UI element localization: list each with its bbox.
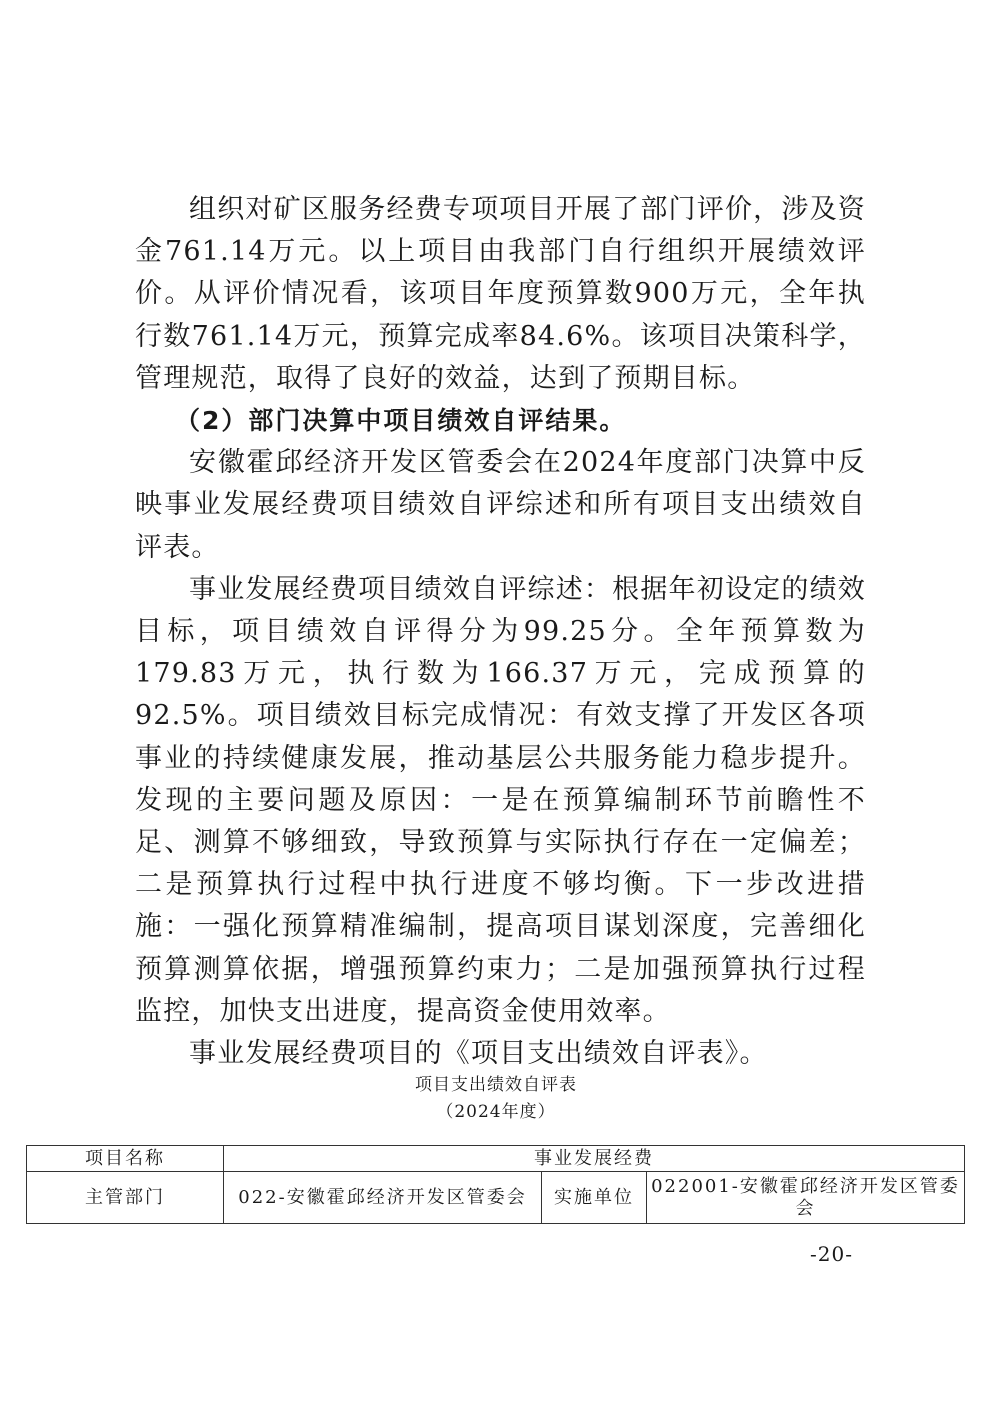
performance-self-evaluation-table: 项目名称 事业发展经费 主管部门 022-安徽霍邱经济开发区管委会 实施单位 0… xyxy=(26,1145,965,1224)
table-row-project-name: 项目名称 事业发展经费 xyxy=(27,1146,965,1172)
paragraph-summary: 事业发展经费项目绩效自评综述：根据年初设定的绩效目标，项目绩效自评得分为99.2… xyxy=(135,569,866,1033)
page-number: -20- xyxy=(810,1242,853,1266)
cell-label-department: 主管部门 xyxy=(27,1172,224,1224)
table-title: 项目支出绩效自评表 xyxy=(0,1070,992,1095)
paragraph-mine-service-evaluation: 组织对矿区服务经费专项项目开展了部门评价，涉及资金761.14万元。以上项目由我… xyxy=(135,189,866,400)
paragraph-intro: 安徽霍邱经济开发区管委会在2024年度部门决算中反映事业发展经费项目绩效自评综述… xyxy=(135,442,866,569)
cell-value-implementing-unit: 022001-安徽霍邱经济开发区管委会 xyxy=(647,1172,965,1224)
document-page: 组织对矿区服务经费专项项目开展了部门评价，涉及资金761.14万元。以上项目由我… xyxy=(0,0,992,1403)
cell-value-department: 022-安徽霍邱经济开发区管委会 xyxy=(224,1172,542,1224)
cell-value-project-name: 事业发展经费 xyxy=(224,1146,965,1172)
table-row-department: 主管部门 022-安徽霍邱经济开发区管委会 实施单位 022001-安徽霍邱经济… xyxy=(27,1172,965,1224)
paragraph-table-reference: 事业发展经费项目的《项目支出绩效自评表》。 xyxy=(135,1033,866,1075)
table-subtitle: （2024年度） xyxy=(0,1097,992,1122)
cell-label-project-name: 项目名称 xyxy=(27,1146,224,1172)
body-text-block: 组织对矿区服务经费专项项目开展了部门评价，涉及资金761.14万元。以上项目由我… xyxy=(135,189,866,1075)
section-heading: （2）部门决算中项目绩效自评结果。 xyxy=(135,400,866,442)
cell-label-implementing-unit: 实施单位 xyxy=(542,1172,647,1224)
